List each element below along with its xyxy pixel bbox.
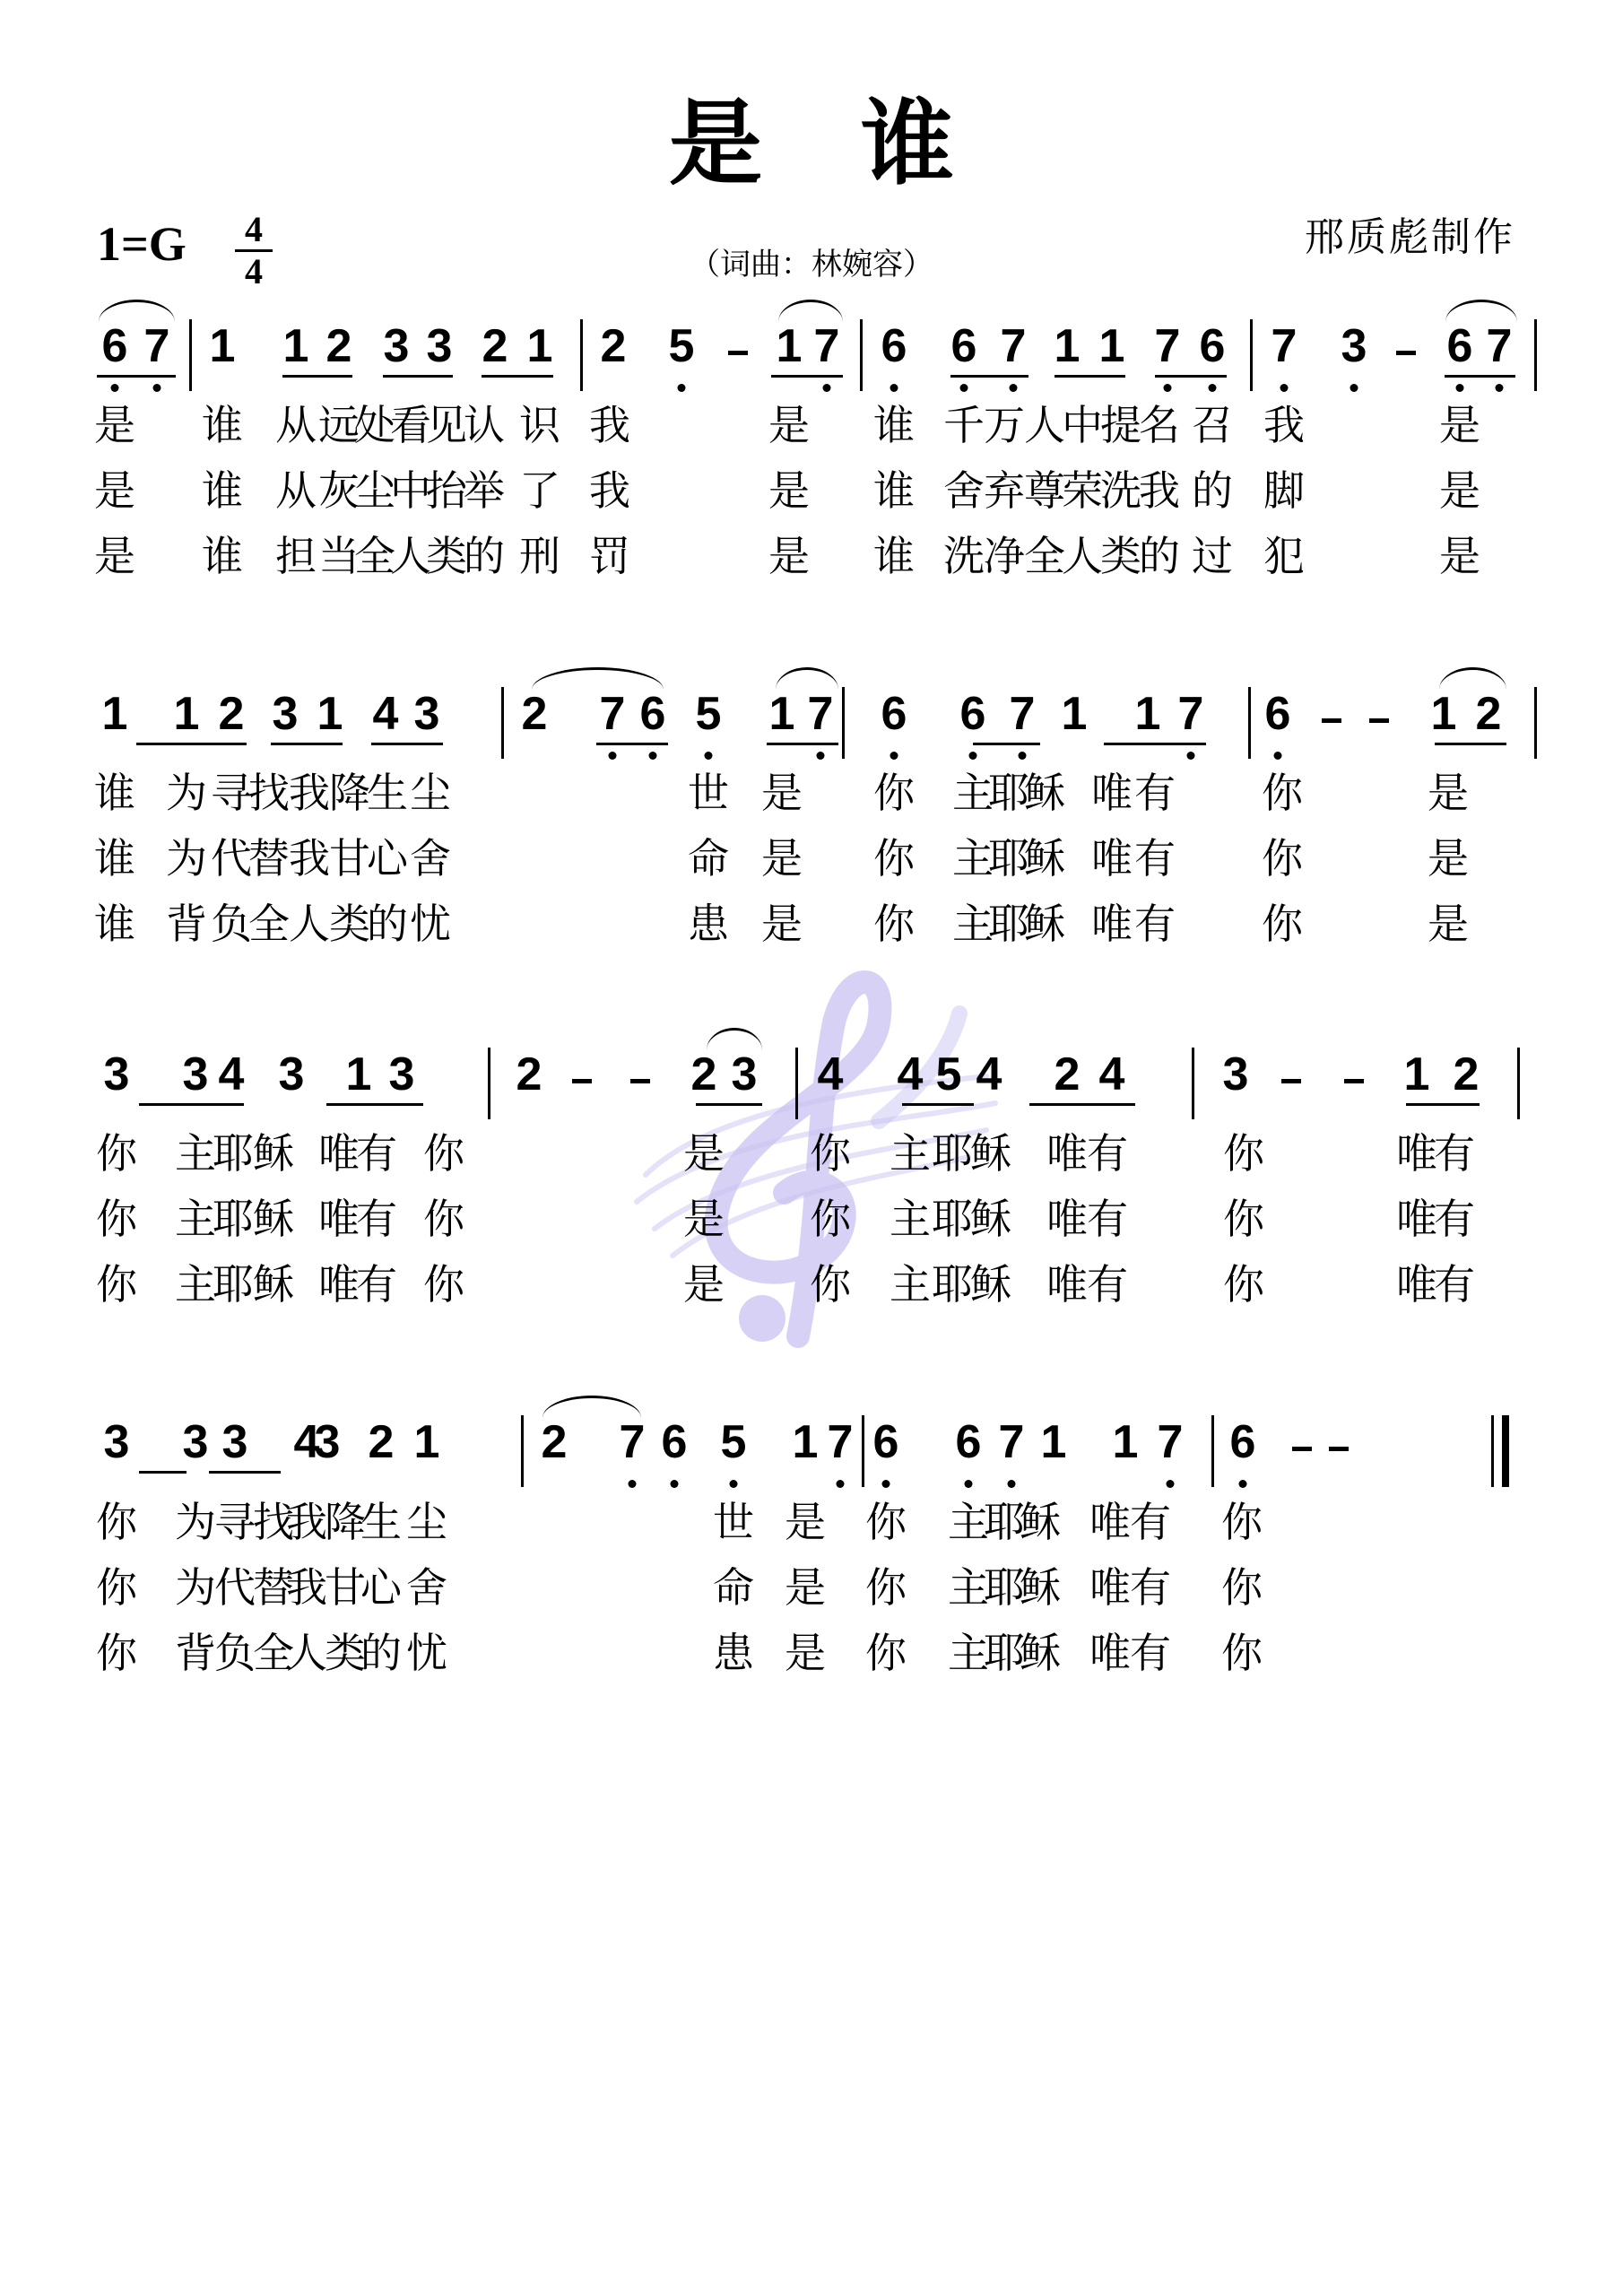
lyric-verse-3: 有 [1087, 1264, 1128, 1305]
note: 3 [409, 691, 445, 737]
low-octave-dot [1496, 384, 1504, 392]
lyric-verse-2: 谁 [94, 838, 135, 879]
low-octave-dot [960, 384, 968, 392]
lyric-verse-2: 你 [1262, 838, 1303, 879]
note: 6 [955, 691, 991, 737]
note: 3 [1218, 1051, 1254, 1098]
low-octave-dot [1274, 752, 1282, 760]
eighth-note-underline [173, 743, 247, 745]
lyric-verse-2: 稣 [253, 1198, 294, 1239]
note: 1 [1107, 1419, 1143, 1465]
note: 3 [178, 1051, 213, 1098]
note: 2 [321, 323, 357, 370]
note: 1 [1399, 1051, 1435, 1098]
lyric-verse-2: 心 [367, 838, 408, 879]
low-octave-dot [1280, 384, 1289, 392]
note: 7 [809, 323, 845, 370]
lyric-verse-1: 召 [1192, 404, 1233, 446]
lyric-verse-2: 是 [785, 1567, 826, 1608]
note: 3 [178, 1419, 213, 1465]
lyric-verse-3: 主 [890, 1264, 931, 1305]
lyric-verse-1: 万 [984, 404, 1025, 446]
lyric-verse-3: 罚 [589, 535, 630, 577]
note: 7 [995, 323, 1031, 370]
eighth-note-underline [140, 1103, 190, 1106]
sustain-dash [1344, 1079, 1364, 1083]
note: 7 [803, 691, 838, 737]
lyric-verse-1: 你 [423, 1133, 464, 1174]
note: 2 [1471, 691, 1506, 737]
note: 5 [690, 691, 726, 737]
lyric-verse-1: 谁 [94, 772, 135, 813]
lyric-verse-3: 净 [984, 535, 1025, 577]
lyric-verse-2: 命 [688, 838, 729, 879]
low-octave-dot [649, 752, 657, 760]
note: 5 [716, 1419, 751, 1465]
low-octave-dot [1019, 752, 1027, 760]
lyric-verse-1: 为 [175, 1501, 216, 1543]
note: 6 [950, 1419, 986, 1465]
lyric-verse-3: 你 [810, 1264, 851, 1305]
lyric-verse-2: 代 [214, 1567, 256, 1608]
lyric-verse-2: 舍 [410, 838, 451, 879]
note: 5 [931, 1051, 967, 1098]
lyric-verse-3: 谁 [873, 535, 915, 577]
lyric-verse-3: 全 [248, 903, 290, 944]
note: 2 [511, 1051, 547, 1098]
lyric-verse-1: 我 [289, 772, 330, 813]
lyric-verse-1: 为 [166, 772, 207, 813]
lyric-verse-1: 稣 [253, 1133, 294, 1174]
barline [580, 319, 583, 391]
barline [1192, 1048, 1194, 1119]
note: 6 [1442, 323, 1478, 370]
lyric-verse-1: 耶 [213, 1133, 254, 1174]
lyric-verse-1: 从 [275, 404, 317, 446]
lyric-verse-2: 谁 [873, 470, 915, 511]
maker-credit: 邢质彪制作 [1305, 218, 1515, 257]
lyric-verse-3: 人 [289, 903, 330, 944]
eighth-note-underline [271, 743, 343, 745]
lyric-verse-2: 舍 [943, 470, 985, 511]
lyric-verse-1: 有 [1130, 1501, 1171, 1543]
lyric-verse-2: 主 [890, 1198, 931, 1239]
note: 1 [1130, 691, 1166, 737]
lyric-verse-1: 世 [688, 772, 729, 813]
eighth-note-underline [950, 375, 1028, 378]
low-octave-dot [671, 1480, 679, 1488]
lyric-verse-2: 我 [286, 1567, 327, 1608]
note: 3 [309, 1419, 345, 1465]
lyric-verse-2: 有 [1087, 1198, 1128, 1239]
lyric-verse-1: 稣 [970, 1133, 1011, 1174]
note: 1 [1426, 691, 1462, 737]
lyric-verse-2: 稣 [1024, 838, 1065, 879]
lyric-verse-1: 我 [589, 404, 630, 446]
lyric-verse-1: 世 [713, 1501, 754, 1543]
lyric-verse-2: 稣 [970, 1198, 1011, 1239]
lyric-verse-1: 谁 [873, 404, 915, 446]
low-octave-dot [730, 1480, 738, 1488]
note: 7 [139, 323, 175, 370]
eighth-note-underline [185, 1103, 244, 1106]
lyric-verse-3: 刑 [519, 535, 560, 577]
lyric-verse-1: 你 [1221, 1501, 1263, 1543]
note: 2 [477, 323, 513, 370]
lyric-verse-1: 稣 [1024, 772, 1065, 813]
note: 2 [363, 1419, 399, 1465]
lyric-verse-2: 唯 [1089, 1567, 1131, 1608]
note: 3 [217, 1419, 253, 1465]
lyric-verse-3: 谁 [202, 535, 243, 577]
barline [1250, 319, 1253, 391]
lyric-verse-3: 的 [1139, 535, 1180, 577]
note: 5 [664, 323, 699, 370]
barline-thin [1491, 1415, 1494, 1487]
eighth-note-underline [1155, 375, 1227, 378]
sustain-dash [1396, 351, 1416, 355]
note: 1 [341, 1051, 377, 1098]
lyric-verse-1: 找 [248, 772, 290, 813]
eighth-note-underline [282, 375, 352, 378]
lyric-verse-3: 人 [286, 1632, 327, 1674]
note: 2 [595, 323, 631, 370]
lyric-verse-2: 尊 [1024, 470, 1065, 511]
lyric-verse-3: 背 [166, 903, 207, 944]
barline [1248, 687, 1251, 759]
note: 6 [97, 323, 133, 370]
lyric-verse-3: 你 [96, 1264, 137, 1305]
barline [860, 319, 863, 391]
lyric-verse-1: 我 [1263, 404, 1305, 446]
lyric-verse-3: 有 [356, 1264, 397, 1305]
note: 7 [595, 691, 630, 737]
eighth-note-underline [902, 1103, 974, 1106]
lyric-verse-3: 唯 [1396, 1264, 1437, 1305]
eighth-note-underline [973, 743, 1040, 745]
lyric-verse-2: 甘 [329, 838, 370, 879]
eighth-note-underline [1055, 375, 1125, 378]
barline [862, 1415, 864, 1487]
note: 6 [876, 691, 912, 737]
lyric-verse-2: 是 [1428, 838, 1469, 879]
lyric-verse-3: 洗 [943, 535, 985, 577]
note: 3 [99, 1051, 135, 1098]
lyric-verse-1: 有 [356, 1133, 397, 1174]
low-octave-dot [1187, 752, 1195, 760]
note: 6 [1260, 691, 1296, 737]
note: 7 [1152, 1419, 1188, 1465]
lyric-verse-3: 你 [1262, 903, 1303, 944]
eighth-note-underline [1406, 1103, 1480, 1106]
note: 4 [812, 1051, 848, 1098]
lyric-verse-3: 是 [1428, 903, 1469, 944]
slur [99, 300, 175, 322]
note: 3 [1336, 323, 1372, 370]
lyric-verse-3: 唯 [1089, 1632, 1131, 1674]
lyric-verse-1: 你 [1262, 772, 1303, 813]
lyric-verse-3: 唯 [1091, 903, 1133, 944]
lyric-verse-1: 唯 [1046, 1133, 1088, 1174]
low-octave-dot [823, 384, 831, 392]
note: 1 [278, 323, 314, 370]
note: 2 [516, 691, 552, 737]
lyric-verse-2: 脚 [1263, 470, 1305, 511]
lyric-verse-1: 主 [890, 1133, 931, 1174]
barline [1534, 319, 1537, 391]
low-octave-dot [890, 752, 898, 760]
slur [542, 1396, 641, 1418]
lyric-verse-1: 是 [768, 404, 810, 446]
note: 4 [1094, 1051, 1130, 1098]
lyric-verse-1: 尘 [406, 1501, 447, 1543]
lyric-verse-3: 患 [713, 1632, 754, 1674]
lyric-verse-3: 是 [761, 903, 803, 944]
sustain-dash [1281, 1079, 1301, 1083]
lyric-verse-1: 千 [943, 404, 985, 446]
lyric-verse-3: 人 [1062, 535, 1103, 577]
lyric-verse-3: 是 [1439, 535, 1480, 577]
lyric-verse-2: 你 [873, 838, 915, 879]
lyric-verse-2: 有 [1130, 1567, 1171, 1608]
lyric-verse-2: 是 [683, 1198, 725, 1239]
sustain-dash [728, 351, 748, 355]
note: 1 [771, 323, 807, 370]
lyric-verse-1: 是 [683, 1133, 725, 1174]
barline [488, 1048, 490, 1119]
lyric-verse-2: 代 [211, 838, 252, 879]
lyric-verse-1: 是 [761, 772, 803, 813]
note: 6 [656, 1419, 692, 1465]
lyric-verse-2: 唯 [318, 1198, 360, 1239]
note: 7 [822, 1419, 858, 1465]
low-octave-dot [837, 1480, 845, 1488]
lyric-verse-2: 了 [519, 470, 560, 511]
lyric-verse-1: 有 [1134, 772, 1176, 813]
lyric-verse-2: 洗 [1100, 470, 1141, 511]
note: 6 [1225, 1419, 1261, 1465]
lyric-verse-2: 耶 [932, 1198, 973, 1239]
lyric-verse-2: 我 [589, 470, 630, 511]
lyric-verse-3: 是 [683, 1264, 725, 1305]
lyric-verse-3: 你 [423, 1264, 464, 1305]
barline [189, 319, 192, 391]
lyric-verse-1: 唯 [1091, 772, 1133, 813]
low-octave-dot [1010, 384, 1018, 392]
note: 1 [204, 323, 240, 370]
lyric-verse-2: 你 [1221, 1567, 1263, 1608]
note: 3 [273, 1051, 309, 1098]
note: 4 [971, 1051, 1007, 1098]
note: 3 [421, 323, 457, 370]
lyric-verse-3: 稣 [253, 1264, 294, 1305]
slur [1439, 667, 1506, 690]
lyric-verse-1: 生 [360, 1501, 402, 1543]
low-octave-dot [1008, 1480, 1016, 1488]
lyric-verse-2: 唯 [1396, 1198, 1437, 1239]
lyric-verse-2: 我 [1139, 470, 1180, 511]
lyric-verse-3: 忧 [410, 903, 451, 944]
low-octave-dot [1239, 1480, 1247, 1488]
eighth-note-underline [209, 1471, 281, 1474]
lyric-verse-1: 降 [329, 772, 370, 813]
lyric-verse-2: 你 [96, 1567, 137, 1608]
note: 1 [1036, 1419, 1072, 1465]
lyric-verse-3: 有 [1130, 1632, 1171, 1674]
lyric-verse-1: 稣 [1020, 1501, 1061, 1543]
note: 3 [99, 1419, 135, 1465]
eighth-note-underline [383, 375, 453, 378]
eighth-note-underline [371, 743, 443, 745]
note: 1 [522, 323, 558, 370]
lyric-verse-1: 你 [873, 772, 915, 813]
eighth-note-underline [139, 1471, 187, 1474]
barline [1517, 1048, 1520, 1119]
note: 7 [614, 1419, 650, 1465]
lyric-verse-1: 有 [1434, 1133, 1475, 1174]
lyric-verse-1: 见 [426, 404, 467, 446]
lyric-verse-3: 的 [464, 535, 505, 577]
low-octave-dot [609, 752, 617, 760]
low-octave-dot [817, 752, 825, 760]
lyric-verse-1: 唯 [1089, 1501, 1131, 1543]
low-octave-dot [678, 384, 686, 392]
note: 6 [946, 323, 982, 370]
note: 4 [213, 1051, 249, 1098]
lyric-verse-2: 有 [356, 1198, 397, 1239]
lyric-verse-3: 有 [1434, 1264, 1475, 1305]
slur [532, 667, 664, 690]
note: 2 [686, 1051, 722, 1098]
note: 3 [726, 1051, 762, 1098]
lyric-verse-2: 你 [423, 1198, 464, 1239]
lyric-verse-2: 弃 [984, 470, 1025, 511]
lyric-verse-1: 寻 [214, 1501, 256, 1543]
lyric-verse-3: 类 [1100, 535, 1141, 577]
sustain-dash [1322, 718, 1341, 723]
lyric-verse-2: 你 [865, 1567, 907, 1608]
lyric-verse-3: 是 [94, 535, 135, 577]
lyric-verse-1: 有 [1087, 1133, 1128, 1174]
lyric-verse-3: 负 [211, 903, 252, 944]
lyric-verse-3: 有 [1134, 903, 1176, 944]
note: 2 [1448, 1051, 1484, 1098]
lyric-verse-2: 命 [713, 1567, 754, 1608]
lyric-verse-2: 主 [175, 1198, 216, 1239]
lyric-verse-1: 提 [1100, 404, 1141, 446]
slur [707, 1028, 762, 1050]
barline [521, 1415, 524, 1487]
lyric-verse-2: 心 [360, 1567, 402, 1608]
lyric-verse-3: 背 [175, 1632, 216, 1674]
lyric-verse-1: 我 [286, 1501, 327, 1543]
note: 3 [384, 1051, 420, 1098]
lyric-verse-3: 稣 [1020, 1632, 1061, 1674]
lyric-verse-1: 寻 [211, 772, 252, 813]
note: 6 [1194, 323, 1230, 370]
lyric-verse-1: 你 [96, 1501, 137, 1543]
note: 1 [312, 691, 348, 737]
low-octave-dot [1350, 384, 1358, 392]
sustain-dash [572, 1079, 592, 1083]
eighth-note-underline [1445, 375, 1515, 378]
lyric-verse-1: 主 [175, 1133, 216, 1174]
lyric-verse-2: 有 [1434, 1198, 1475, 1239]
lyric-verse-2: 我 [289, 838, 330, 879]
eighth-note-underline [1104, 743, 1206, 745]
eighth-note-underline [696, 1103, 762, 1106]
lyric-verse-3: 耶 [213, 1264, 254, 1305]
lyric-verse-1: 是 [785, 1501, 826, 1543]
note: 7 [1173, 691, 1209, 737]
sustain-dash [1292, 1447, 1312, 1451]
lyric-verse-2: 唯 [1046, 1198, 1088, 1239]
note: 2 [213, 691, 249, 737]
eighth-note-underline [326, 1103, 423, 1106]
lyric-verse-3: 全 [1024, 535, 1065, 577]
note: 7 [1266, 323, 1302, 370]
barline [1211, 1415, 1214, 1487]
note: 3 [267, 691, 303, 737]
lyric-verse-3: 类 [329, 903, 370, 944]
lyric-verse-3: 唯 [318, 1264, 360, 1305]
lyric-verse-2: 替 [248, 838, 290, 879]
lyric-verse-3: 的 [367, 903, 408, 944]
lyric-verse-3: 谁 [94, 903, 135, 944]
eighth-note-underline [771, 375, 843, 378]
lyric-verse-2: 是 [761, 838, 803, 879]
note: 7 [994, 1419, 1029, 1465]
lyric-verse-1: 耶 [932, 1133, 973, 1174]
lyric-verse-3: 犯 [1263, 535, 1305, 577]
lyric-verse-2: 耶 [213, 1198, 254, 1239]
lyric-verse-3: 你 [865, 1632, 907, 1674]
lyric-verse-1: 唯 [1396, 1133, 1437, 1174]
lyric-verse-2: 是 [94, 470, 135, 511]
note: 1 [764, 691, 800, 737]
note: 4 [368, 691, 404, 737]
lyric-verse-1: 中 [1062, 404, 1103, 446]
lyric-verse-2: 你 [810, 1198, 851, 1239]
low-octave-dot [890, 384, 898, 392]
lyric-verse-3: 负 [214, 1632, 256, 1674]
final-barline [1502, 1415, 1509, 1487]
lyric-verse-3: 的 [360, 1632, 402, 1674]
eighth-note-underline [596, 743, 668, 745]
slur [1445, 300, 1517, 322]
note: 3 [378, 323, 414, 370]
low-octave-dot [969, 752, 977, 760]
lyric-verse-3: 你 [1223, 1264, 1264, 1305]
low-octave-dot [1456, 384, 1464, 392]
lyric-verse-1: 识 [519, 404, 560, 446]
lyric-verse-2: 抬 [426, 470, 467, 511]
lyric-verse-2: 举 [464, 470, 505, 511]
low-octave-dot [111, 384, 119, 392]
slur [778, 300, 843, 322]
low-octave-dot [1167, 1480, 1175, 1488]
lyric-verse-3: 担 [275, 535, 317, 577]
eighth-note-underline [482, 375, 553, 378]
low-octave-dot [153, 384, 161, 392]
lyric-verse-2: 你 [1223, 1198, 1264, 1239]
lyric-verse-3: 你 [873, 903, 915, 944]
lyric-verse-1: 是 [94, 404, 135, 446]
lyric-verse-2: 唯 [1091, 838, 1133, 879]
barline [842, 687, 845, 759]
lyric-verse-3: 主 [175, 1264, 216, 1305]
lyric-verse-1: 谁 [202, 404, 243, 446]
